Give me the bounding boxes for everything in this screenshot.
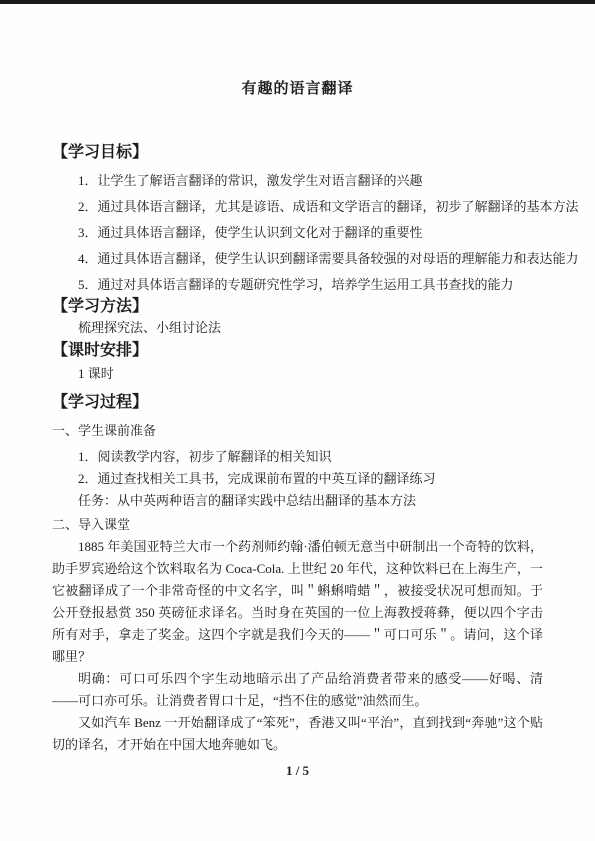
objective-item-5: 5．通过对具体语言翻译的专题研究性学习，培养学生运用工具书查找的能力 (52, 272, 543, 298)
page-number: 1 / 5 (0, 763, 595, 779)
methods-content: 梳理探究法、小组讨论法 (52, 320, 543, 336)
pre-class-lines: 1．阅读教学内容，初步了解翻译的相关知识 2．通过查找相关工具书，完成课前布置的… (52, 446, 543, 512)
schedule-content: 1 课时 (52, 366, 543, 382)
document-body: 有趣的语言翻译 【学习目标】 1．让学生了解语言翻译的常识，激发学生对语言翻译的… (0, 80, 595, 756)
paragraph-line: 助手罗宾逊给这个饮料取名为 Coca-Cola. 上世纪 20 年代，这种饮料已… (52, 558, 543, 580)
paragraph-line: 它被翻译成了一个非常奇怪的中文名字，叫＂蝌蝌啃蜡＂，被接受状况可想而知。于是公司 (52, 580, 543, 602)
objective-item-2: 2．通过具体语言翻译，尤其是谚语、成语和文学语言的翻译，初步了解翻译的基本方法 (52, 194, 543, 220)
objectives-list: 1．让学生了解语言翻译的常识，激发学生对语言翻译的兴趣 2．通过具体语言翻译，尤… (52, 168, 543, 298)
page-title: 有趣的语言翻译 (52, 80, 543, 98)
intro-paragraph-2: 明确：可口可乐四个字生动地暗示出了产品给消费者带来的感受——好喝、清爽、快乐 —… (52, 668, 543, 712)
paragraph-line: 切的译名，才开始在中国大地奔驰如飞。 (52, 734, 543, 756)
section-heading-objectives: 【学习目标】 (52, 144, 543, 162)
objective-item-1: 1．让学生了解语言翻译的常识，激发学生对语言翻译的兴趣 (52, 168, 543, 194)
top-bar (0, 0, 595, 4)
paragraph-line: 公开登报悬赏 350 英磅征求译名。当时身在英国的一位上海教授蒋彝，便以四个字击… (52, 602, 543, 624)
pre-class-line-1: 1．阅读教学内容，初步了解翻译的相关知识 (52, 446, 543, 468)
paragraph-line: 1885 年美国亚特兰大市一个药剂师约翰·潘伯顿无意当中研制出一个奇特的饮料，他… (52, 536, 543, 558)
paragraph-line: 明确：可口可乐四个字生动地暗示出了产品给消费者带来的感受——好喝、清爽、快乐 (52, 668, 543, 690)
section-heading-schedule: 【课时安排】 (52, 342, 543, 360)
objective-item-4: 4．通过具体语言翻译，使学生认识到翻译需要具备较强的对母语的理解能力和表达能力 (52, 246, 543, 272)
section-heading-methods: 【学习方法】 (52, 298, 543, 316)
paragraph-line: 又如汽车 Benz 一开始翻译成了“笨死”，香港又叫“平治”，直到找到“奔驰”这… (52, 712, 543, 734)
paragraph-line: ——可口亦可乐。让消费者胃口十足，“挡不住的感觉”油然而生。 (52, 690, 543, 712)
paragraph-line: 所有对手，拿走了奖金。这四个字就是我们今天的——＂可口可乐＂。请问，这个译名好在 (52, 624, 543, 646)
pre-class-task-line: 任务：从中英两种语言的翻译实践中总结出翻译的基本方法 (52, 490, 543, 512)
pre-class-title: 一、学生课前准备 (52, 424, 543, 438)
paragraph-line: 哪里？ (52, 646, 543, 668)
intro-paragraph-3: 又如汽车 Benz 一开始翻译成了“笨死”，香港又叫“平治”，直到找到“奔驰”这… (52, 712, 543, 756)
document-page: { "document": { "title": "有趣的语言翻译", "pag… (0, 0, 595, 841)
objective-item-3: 3．通过具体语言翻译，使学生认识到文化对于翻译的重要性 (52, 220, 543, 246)
intro-title: 二、导入课堂 (52, 518, 543, 532)
pre-class-line-2: 2．通过查找相关工具书，完成课前布置的中英互译的翻译练习 (52, 468, 543, 490)
section-heading-process: 【学习过程】 (52, 394, 543, 412)
intro-paragraph-1: 1885 年美国亚特兰大市一个药剂师约翰·潘伯顿无意当中研制出一个奇特的饮料，他… (52, 536, 543, 668)
